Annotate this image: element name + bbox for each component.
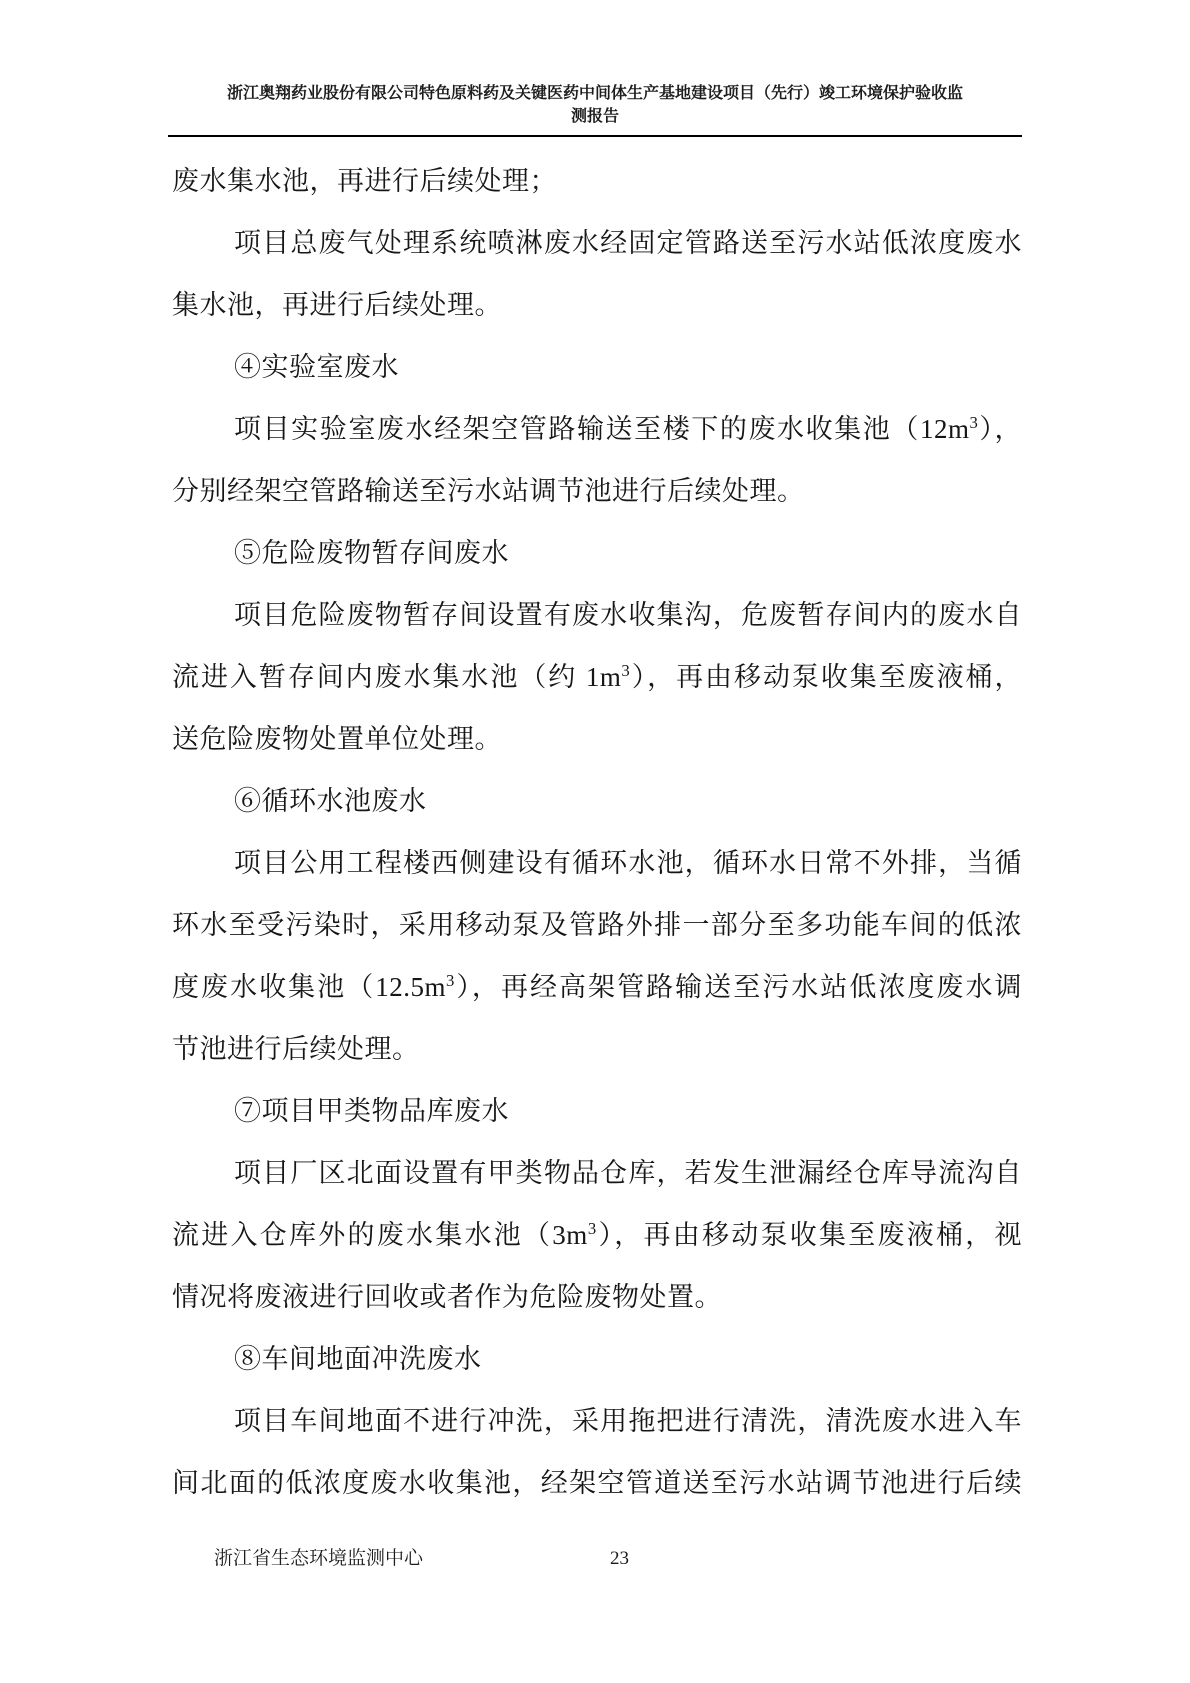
text-line: ⑧车间地面冲洗废水 (172, 1328, 1022, 1390)
document-body: 废水集水池，再进行后续处理；项目总废气处理系统喷淋废水经固定管路送至污水站低浓度… (172, 150, 1022, 1514)
text-line: 情况将废液进行回收或者作为危险废物处置。 (172, 1266, 1022, 1328)
superscript: 3 (446, 971, 455, 990)
text-line: 间北面的低浓度废水收集池，经架空管道送至污水站调节池进行后续 (172, 1452, 1022, 1514)
text-line: 项目车间地面不进行冲洗，采用拖把进行清洗，清洗废水进入车 (172, 1390, 1022, 1452)
header-title-line-2: 测报告 (168, 105, 1022, 128)
text-line: 废水集水池，再进行后续处理； (172, 150, 1022, 212)
text-line: 集水池，再进行后续处理。 (172, 274, 1022, 336)
text-line: 度废水收集池（12.5m3），再经高架管路输送至污水站低浓度废水调 (172, 956, 1022, 1018)
footer-organization: 浙江省生态环境监测中心 (214, 1544, 423, 1574)
text-line: 项目危险废物暂存间设置有废水收集沟，危废暂存间内的废水自 (172, 584, 1022, 646)
text-line: ④实验室废水 (172, 336, 1022, 398)
text-line: 分别经架空管路输送至污水站调节池进行后续处理。 (172, 460, 1022, 522)
document-page: 浙江奥翔药业股份有限公司特色原料药及关键医药中间体生产基地建设项目（先行）竣工环… (0, 0, 1190, 1683)
text-line: 项目公用工程楼西侧建设有循环水池，循环水日常不外排，当循 (172, 832, 1022, 894)
superscript: 3 (969, 413, 978, 432)
text-line: 环水至受污染时，采用移动泵及管路外排一部分至多功能车间的低浓 (172, 894, 1022, 956)
page-number: 23 (610, 1544, 629, 1574)
text-line: ⑤危险废物暂存间废水 (172, 522, 1022, 584)
document-header: 浙江奥翔药业股份有限公司特色原料药及关键医药中间体生产基地建设项目（先行）竣工环… (168, 82, 1022, 128)
document-footer: 浙江省生态环境监测中心 23 (0, 1544, 1190, 1584)
text-line: 节池进行后续处理。 (172, 1018, 1022, 1080)
text-line: 项目实验室废水经架空管路输送至楼下的废水收集池（12m3）， (172, 398, 1022, 460)
superscript: 3 (621, 661, 630, 680)
superscript: 3 (588, 1219, 597, 1238)
header-title-line-1: 浙江奥翔药业股份有限公司特色原料药及关键医药中间体生产基地建设项目（先行）竣工环… (168, 82, 1022, 105)
text-line: 项目厂区北面设置有甲类物品仓库，若发生泄漏经仓库导流沟自 (172, 1142, 1022, 1204)
text-line: 项目总废气处理系统喷淋废水经固定管路送至污水站低浓度废水 (172, 212, 1022, 274)
text-line: ⑥循环水池废水 (172, 770, 1022, 832)
text-line: 流进入暂存间内废水集水池（约 1m3），再由移动泵收集至废液桶， (172, 646, 1022, 708)
text-line: ⑦项目甲类物品库废水 (172, 1080, 1022, 1142)
text-line: 送危险废物处置单位处理。 (172, 708, 1022, 770)
header-divider-rule (168, 135, 1022, 137)
text-line: 流进入仓库外的废水集水池（3m3），再由移动泵收集至废液桶，视 (172, 1204, 1022, 1266)
